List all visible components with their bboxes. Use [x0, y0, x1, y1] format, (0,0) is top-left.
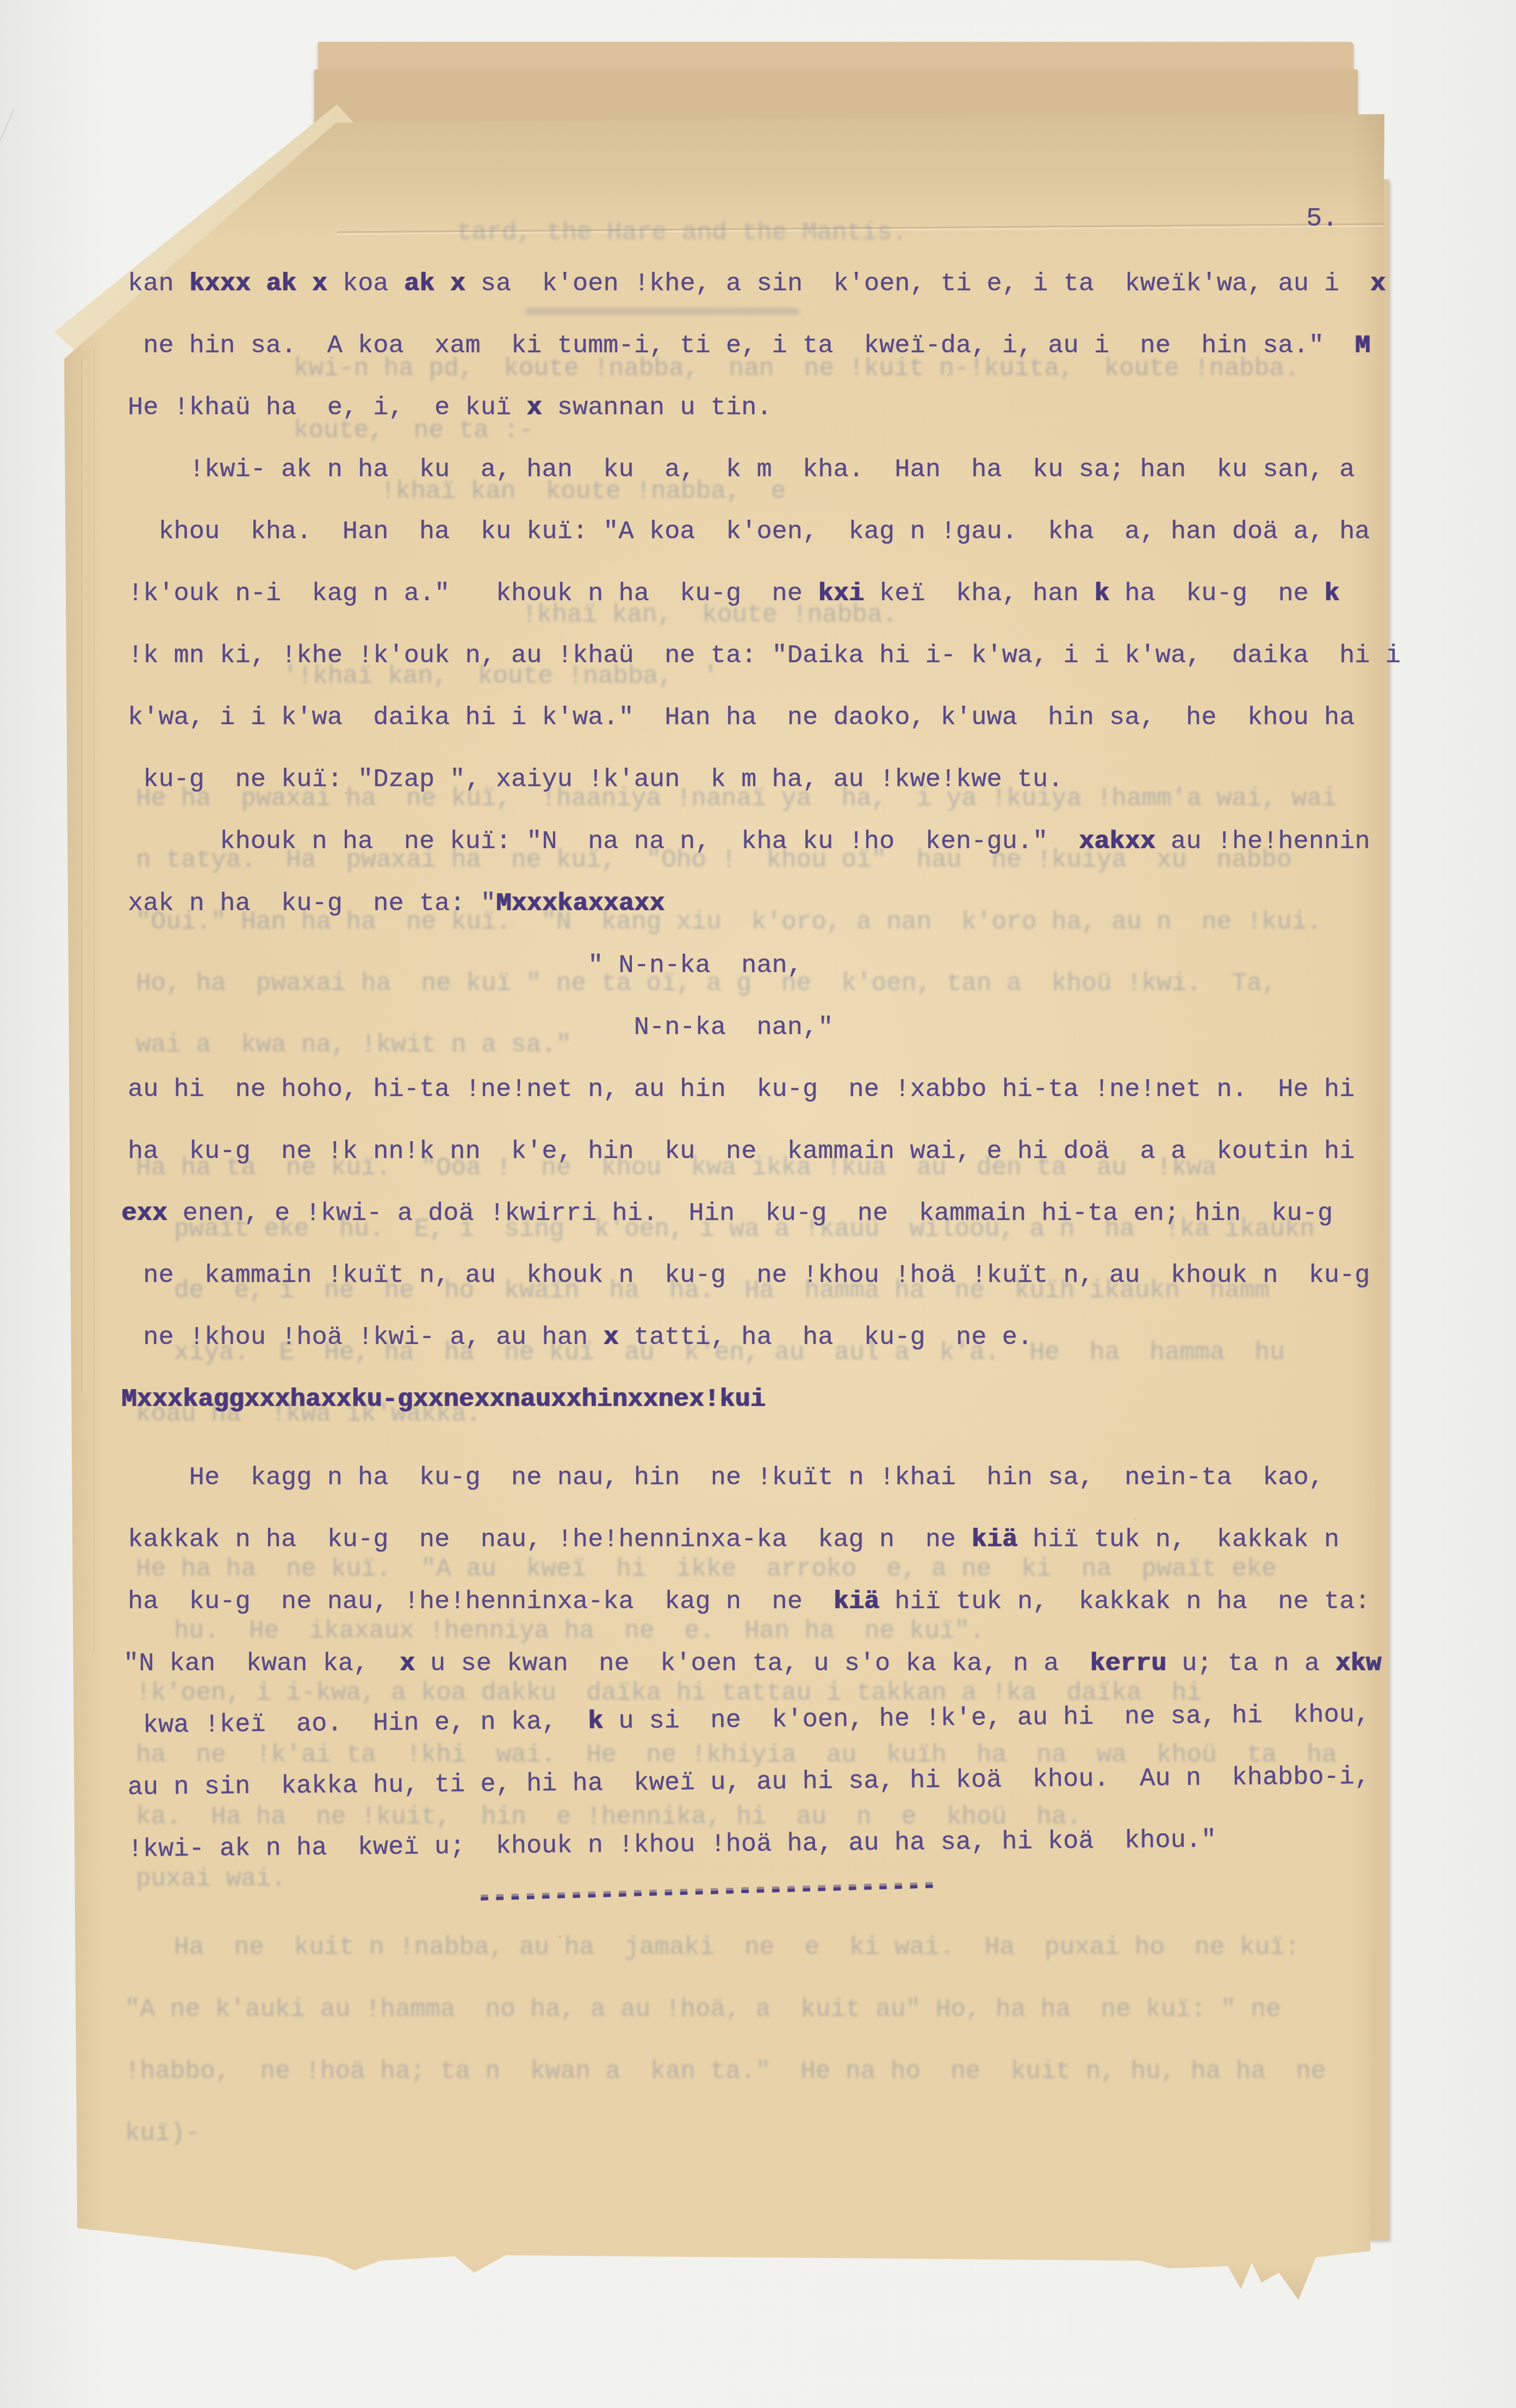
overtyped-correction: x	[603, 1323, 618, 1352]
scan-artifact-line	[0, 109, 14, 184]
bleedthrough-line: Ha ne kuit n !nabba, au ha jamaki ne e k…	[174, 1933, 1300, 1962]
typed-text: u se kwan ne k'oen ta, u s'o ka ka, n a	[415, 1650, 1090, 1678]
typed-line: He !khaü ha e, i, e kuï x swannan u tin.	[128, 393, 1395, 455]
bleedthrough-line: "A ne k'auki au !hamma no ha, a au !hoä,…	[125, 1995, 1281, 2024]
typed-line: exx enen, e !kwi- a doä !kwirri hi. Hin …	[121, 1198, 1395, 1260]
typed-line: " N-n-ka nan,	[128, 950, 1395, 1012]
page-number: 5.	[1306, 203, 1338, 234]
typed-text: He kagg n ha ku-g ne nau, hin ne !kuït n…	[128, 1464, 1324, 1492]
typed-text: k'wa, i i k'wa daika hi i k'wa." Han ha …	[128, 704, 1355, 732]
typed-text: swannan u tin.	[542, 394, 772, 422]
bleedthrough-title: tard, the Hare and the Mantis.	[457, 219, 907, 247]
typed-text	[251, 270, 266, 298]
typed-text: kan	[128, 270, 189, 298]
typed-line: !k'ouk n-i kag n a." khouk n ha ku-g ne …	[128, 578, 1395, 640]
typed-text: kwa !keï ao. Hin e, n ka,	[128, 1708, 588, 1740]
overtyped-correction: Mxxxkaggxxxhaxxku-gxxnexxnauxxhinxxnex!k…	[121, 1385, 766, 1414]
typed-text: !k'ouk n-i kag n a." khouk n ha ku-g ne	[128, 580, 818, 608]
typed-text: khou kha. Han ha ku kuï: "A koa k'oen, k…	[128, 518, 1370, 546]
vertical-crease-line	[94, 348, 95, 1653]
typed-text: u; ta n a	[1166, 1650, 1335, 1678]
overtyped-correction: kerru	[1090, 1650, 1166, 1678]
overtyped-correction: M	[1355, 332, 1370, 360]
typed-text: !k mn ki, !khe !k'ouk n, au !khaü ne ta:…	[128, 642, 1401, 670]
typed-line: khouk n ha ne kuï: "N na na n, kha ku !h…	[128, 826, 1395, 888]
typed-text: ne hin sa. A koa xam ki tumm-i, ti e, i …	[128, 332, 1355, 360]
typed-line: ne hin sa. A koa xam ki tumm-i, ti e, i …	[128, 331, 1395, 393]
bleedthrough-line: kuï)-	[125, 2119, 200, 2148]
typed-text: ne !khou !hoä !kwi- a, au han	[128, 1323, 603, 1352]
overtyped-correction: x	[312, 270, 327, 298]
typed-text: !kwi- ak n ha ku a, han ku a, k m kha. H…	[128, 456, 1355, 484]
typed-line: ne kammain !kuït n, au khouk n ku-g ne !…	[128, 1260, 1395, 1322]
typed-text	[434, 270, 450, 298]
typed-text: hiï tuk n, kakkak n ha ne ta:	[879, 1588, 1370, 1616]
typed-text: keï kha, han	[864, 580, 1094, 608]
typed-line: !k mn ki, !khe !k'ouk n, au !khaü ne ta:…	[128, 640, 1395, 702]
typed-line: au n sin kakka hu, ti e, hi ha kweï u, a…	[128, 1762, 1395, 1834]
typed-text: ku-g ne kuï: "Dzap ", xaiyu !k'aun k m h…	[128, 766, 1063, 794]
typed-text: enen, e !kwi- a doä !kwirri hi. Hin ku-g…	[167, 1199, 1333, 1228]
typed-text: koa	[327, 270, 404, 298]
typed-text: "N kan kwan ka,	[123, 1650, 400, 1678]
typed-text: ha ku-g ne	[1109, 580, 1324, 608]
overtyped-correction: x	[1370, 270, 1385, 298]
typed-text: au hi ne hoho, hi-ta !ne!net n, au hin k…	[128, 1075, 1355, 1104]
typed-line: khou kha. Han ha ku kuï: "A koa k'oen, k…	[128, 517, 1395, 578]
typed-text: ha ku-g ne nau, !he!henninxa-ka kag n ne	[128, 1588, 833, 1616]
typed-text: N-n-ka nan,"	[128, 1013, 833, 1042]
typed-text: xak n ha ku-g ne ta: "	[128, 889, 496, 918]
typed-text: au !he!hennin	[1155, 827, 1370, 856]
typed-text: ne kammain !kuït n, au khouk n ku-g ne !…	[128, 1261, 1370, 1290]
typed-text-block: kan kxxx ak x koa ak x sa k'oen !khe, a …	[128, 269, 1395, 1896]
overtyped-correction: kiä	[833, 1588, 879, 1616]
typed-line: Mxxxkaggxxxhaxxku-gxxnexxnauxxhinxxnex!k…	[121, 1384, 1395, 1446]
typed-line: ha ku-g ne nau, !he!henninxa-ka kag n ne…	[128, 1586, 1395, 1648]
typed-text: kakkak n ha ku-g ne nau, !he!henninxa-ka…	[128, 1526, 971, 1554]
typed-line: kakkak n ha ku-g ne nau, !he!henninxa-ka…	[128, 1525, 1395, 1586]
overtyped-correction: ak	[266, 270, 296, 298]
typed-text: hiï tuk n, kakkak n	[1017, 1526, 1339, 1554]
typed-line: k'wa, i i k'wa daika hi i k'wa." Han ha …	[128, 702, 1395, 764]
typed-line: !kwi- ak n ha ku a, han ku a, k m kha. H…	[128, 455, 1395, 517]
overtyped-correction: x	[400, 1650, 415, 1678]
vertical-crease-line	[82, 359, 83, 1392]
typed-line: kwa !keï ao. Hin e, n ka, k u si ne k'oe…	[128, 1700, 1395, 1772]
typed-text: u si ne k'oen, he !k'e, au hi ne sa, hi …	[603, 1701, 1370, 1736]
typed-line: ne !khou !hoä !kwi- a, au han x tatti, h…	[128, 1322, 1395, 1384]
overtyped-correction: k	[588, 1707, 604, 1736]
typed-line: ha ku-g ne !k nn!k nn k'e, hin ku ne kam…	[128, 1136, 1395, 1198]
typed-text: sa k'oen !khe, a sin k'oen, ti e, i ta k…	[465, 270, 1370, 298]
overtyped-correction: kxxx	[189, 270, 251, 298]
typed-line: He kagg n ha ku-g ne nau, hin ne !kuït n…	[128, 1463, 1395, 1525]
typed-line: xak n ha ku-g ne ta: "Mxxxkaxxaxx	[128, 888, 1395, 950]
typed-line: au hi ne hoho, hi-ta !ne!net n, au hin k…	[128, 1074, 1395, 1136]
bleedthrough-line: !habbo, ne !hoä ha; ta n kwan a kan ta."…	[125, 2057, 1326, 2086]
overtyped-correction: k	[1094, 580, 1109, 608]
typed-text: He !khaü ha e, i, e kuï	[128, 394, 526, 422]
typed-text	[296, 270, 312, 298]
typed-text: tatti, ha ha ku-g ne e.	[619, 1323, 1033, 1352]
overtyped-correction: x	[450, 270, 465, 298]
typed-line: kan kxxx ak x koa ak x sa k'oen !khe, a …	[128, 269, 1395, 331]
overtyped-correction: kiä	[971, 1526, 1017, 1554]
overtyped-correction: Mxxxkaxxaxx	[496, 889, 664, 918]
overtyped-correction: ak	[404, 270, 434, 298]
overtyped-correction: exx	[121, 1199, 167, 1228]
overtyped-correction: kxi	[818, 580, 864, 608]
overtyped-correction: k	[1324, 580, 1339, 608]
typed-text: khouk n ha ne kuï: "N na na n, kha ku !h…	[128, 827, 1079, 856]
typed-line: ku-g ne kuï: "Dzap ", xaiyu !k'aun k m h…	[128, 764, 1395, 826]
overtyped-correction: xakxx	[1079, 827, 1155, 856]
typed-text: " N-n-ka nan,	[128, 951, 803, 980]
typed-text: ha ku-g ne !k nn!k nn k'e, hin ku ne kam…	[128, 1137, 1355, 1166]
overtyped-correction: xkw	[1335, 1650, 1381, 1678]
typed-line: N-n-ka nan,"	[128, 1012, 1395, 1074]
overtyped-correction: x	[526, 394, 542, 422]
